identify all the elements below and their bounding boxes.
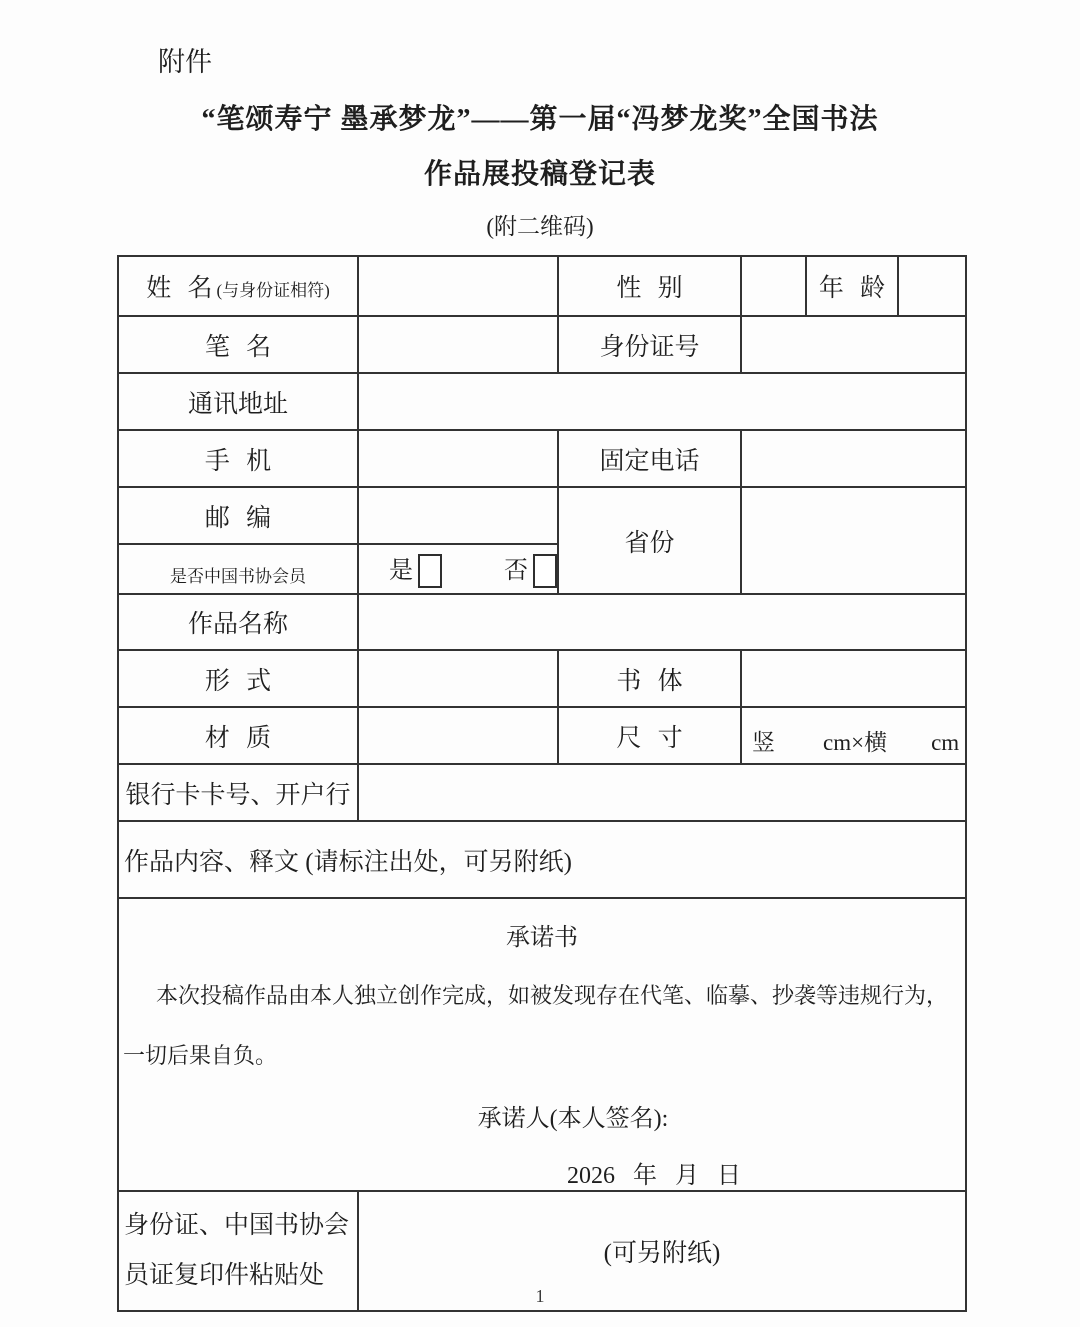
attachment-label: 附件 (158, 40, 212, 79)
size-mid-label: cm×横 (823, 730, 887, 755)
content-label-cell: 作品内容、释文 (请标注出处，可另附纸) (118, 821, 966, 898)
size-vertical-label: 竖 (752, 730, 775, 755)
id-number-label-cell: 身份证号 (558, 316, 741, 373)
row-postcode-province: 邮 编 省份 (118, 487, 966, 544)
landline-value-cell (741, 430, 966, 487)
mobile-label-cell: 手 机 (118, 430, 358, 487)
mobile-value-cell (358, 430, 558, 487)
size-label-cell: 尺 寸 (558, 707, 741, 764)
bank-label-cell: 银行卡卡号、开户行 (118, 764, 358, 821)
no-checkbox (533, 554, 557, 588)
title-line-1: “笔颂寿宁 墨承梦龙”——第一届“冯梦龙奖”全国书法 (0, 92, 1080, 147)
csa-member-label-cell: 是否中国书协会员 (118, 544, 358, 594)
format-label-cell: 形 式 (118, 650, 358, 707)
material-value-cell (358, 707, 558, 764)
script-label-cell: 书 体 (558, 650, 741, 707)
bank-value-cell (358, 764, 966, 821)
yes-label: 是 (389, 558, 413, 584)
document-title: “笔颂寿宁 墨承梦龙”——第一届“冯梦龙奖”全国书法 作品展投稿登记表 (0, 92, 1080, 202)
row-pledge: 承诺书 本次投稿作品由本人独立创作完成，如被发现存在代笔、临摹、抄袭等违规行为，… (118, 898, 966, 1191)
age-value-cell (898, 256, 966, 316)
size-unit-label: cm (931, 730, 959, 755)
province-value-cell (741, 487, 966, 594)
landline-label-cell: 固定电话 (558, 430, 741, 487)
qr-code-note: (附二维码) (0, 208, 1080, 241)
work-title-value-cell (358, 594, 966, 650)
age-label-cell: 年 龄 (806, 256, 898, 316)
row-bank: 银行卡卡号、开户行 (118, 764, 966, 821)
size-value-cell: 竖cm×横cm (741, 707, 966, 764)
row-material-size: 材 质 尺 寸 竖cm×横cm (118, 707, 966, 764)
row-penname-id: 笔 名 身份证号 (118, 316, 966, 373)
postcode-value-cell (358, 487, 558, 544)
name-value-cell (358, 256, 558, 316)
yes-checkbox (418, 554, 442, 588)
row-work-title: 作品名称 (118, 594, 966, 650)
row-format-script: 形 式 书 体 (118, 650, 966, 707)
title-line-2: 作品展投稿登记表 (0, 147, 1080, 202)
row-name-gender-age: 姓 名(与身份证相符) 性 别 年 龄 (118, 256, 966, 316)
pen-name-label-cell: 笔 名 (118, 316, 358, 373)
csa-member-choice-cell: 是否 (358, 544, 558, 594)
format-value-cell (358, 650, 558, 707)
address-label-cell: 通讯地址 (118, 373, 358, 430)
postcode-label-cell: 邮 编 (118, 487, 358, 544)
script-value-cell (741, 650, 966, 707)
name-note: (与身份证相符) (216, 281, 329, 300)
pledge-title: 承诺书 (119, 917, 965, 952)
name-label-cell: 姓 名(与身份证相符) (118, 256, 358, 316)
name-label: 姓 名 (146, 275, 212, 302)
row-address: 通讯地址 (118, 373, 966, 430)
row-content: 作品内容、释文 (请标注出处，可另附纸) (118, 821, 966, 898)
material-label-cell: 材 质 (118, 707, 358, 764)
pledge-signer-label: 承诺人(本人签名): (150, 1098, 966, 1133)
pledge-body: 本次投稿作品由本人独立创作完成，如被发现存在代笔、临摹、抄袭等违规行为，一切后果… (119, 966, 965, 1086)
row-phone: 手 机 固定电话 (118, 430, 966, 487)
page-number: 1 (0, 1286, 1080, 1307)
work-title-label-cell: 作品名称 (118, 594, 358, 650)
gender-label-cell: 性 别 (558, 256, 741, 316)
address-value-cell (358, 373, 966, 430)
no-label: 否 (504, 558, 528, 584)
id-number-value-cell (741, 316, 966, 373)
province-label-cell: 省份 (558, 487, 741, 594)
pledge-cell: 承诺书 本次投稿作品由本人独立创作完成，如被发现存在代笔、临摹、抄袭等违规行为，… (118, 898, 966, 1191)
pledge-date: 2026 年 月 日 (231, 1155, 966, 1190)
pen-name-value-cell (358, 316, 558, 373)
document-page: 附件 “笔颂寿宁 墨承梦龙”——第一届“冯梦龙奖”全国书法 作品展投稿登记表 (… (0, 0, 1080, 1327)
registration-form-table: 姓 名(与身份证相符) 性 别 年 龄 笔 名 身份证号 通讯地址 手 机 固定… (117, 255, 967, 1312)
gender-value-cell (741, 256, 806, 316)
